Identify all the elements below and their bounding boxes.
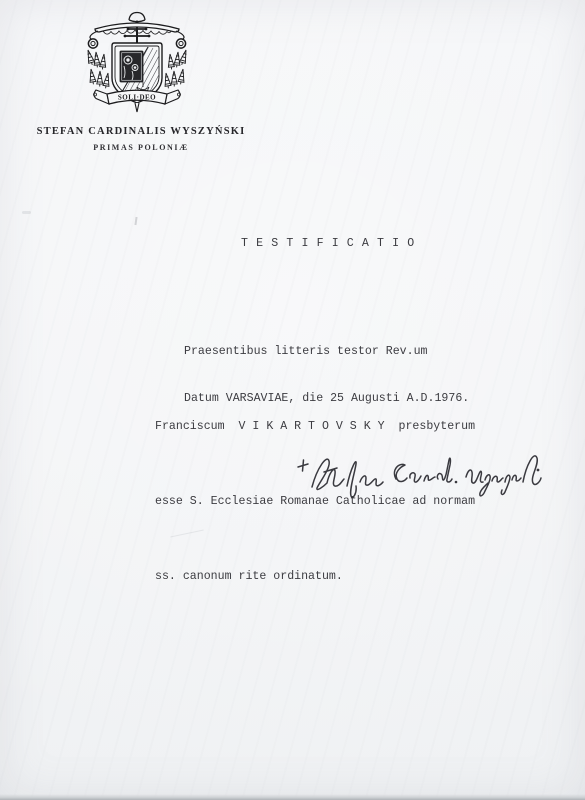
body-line: Franciscum V I K A R T O V S K Y presbyt… (155, 414, 475, 439)
tassels-left-icon (85, 49, 111, 89)
signature (292, 442, 542, 500)
signature-card-stroke (394, 458, 452, 482)
document-heading: T E S T I F I C A T I O (241, 237, 415, 250)
tassels-right-icon (163, 49, 189, 89)
body-line: ss. canonum rite ordinatum. (155, 564, 475, 589)
scan-artifact (134, 217, 137, 225)
scanned-letter-page: SOLI·DEO STEFAN CARDINALIS WYSZYŃSKI PRI… (0, 0, 585, 800)
madonna-icon (120, 51, 143, 82)
scan-artifact (22, 211, 31, 214)
coat-of-arms: SOLI·DEO (81, 10, 193, 120)
signature-surname-stroke (466, 456, 541, 496)
signature-cross-stroke (298, 460, 308, 471)
date-line: Datum VARSAVIAE, die 25 Augusti A.D.1976… (184, 392, 469, 405)
crest-motto: SOLI·DEO (118, 94, 156, 102)
scan-edge (0, 794, 585, 800)
body-line: Praesentibus litteris testor Rev.um (155, 339, 475, 364)
shield-tip (135, 103, 139, 112)
letterhead-name: STEFAN CARDINALIS WYSZYŃSKI (0, 126, 282, 137)
letterhead-title: PRIMAS POLONIÆ (0, 143, 282, 152)
signature-first-name-stroke (312, 459, 383, 497)
